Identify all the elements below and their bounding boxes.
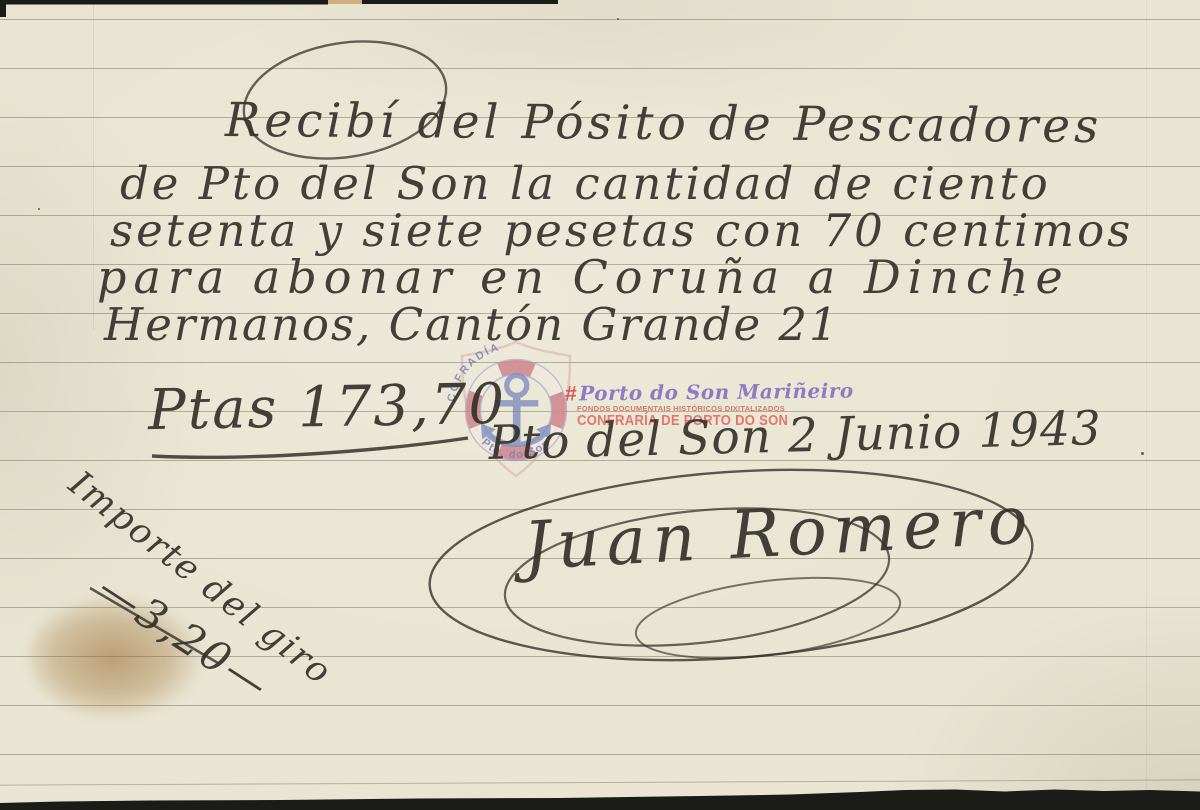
ruled-line-bottom xyxy=(0,779,1200,785)
paper-speck xyxy=(38,208,40,210)
hashtag-icon: # xyxy=(565,382,577,405)
handwritten-line-4: para abonar en Coruña a Dinche xyxy=(97,254,1070,300)
watermark-title-text: Porto do Son Mariñeiro xyxy=(579,378,854,405)
handwritten-line-1: Recibí del Pósito de Pescadores xyxy=(225,97,1103,150)
paper-speck xyxy=(617,18,619,20)
place-and-date: Pto del Son 2 Junio 1943 xyxy=(488,405,1102,467)
handwritten-line-3: setenta y siete pesetas con 70 centimos xyxy=(110,208,1133,253)
handwritten-line-2: de Pto del Son la cantidad de ciento xyxy=(120,161,1051,206)
amount-total: Ptas 173,70 xyxy=(148,377,507,439)
paper-crease xyxy=(93,0,94,330)
paper-speck xyxy=(1141,452,1144,455)
handwritten-line-5: Hermanos, Cantón Grande 21 xyxy=(104,302,840,347)
scanned-receipt-page: { "document": { "lines": [ "Recibí del P… xyxy=(0,0,1200,810)
paper-crease xyxy=(1146,0,1147,810)
watermark-title: #Porto do Son Mariñeiro xyxy=(565,378,854,406)
